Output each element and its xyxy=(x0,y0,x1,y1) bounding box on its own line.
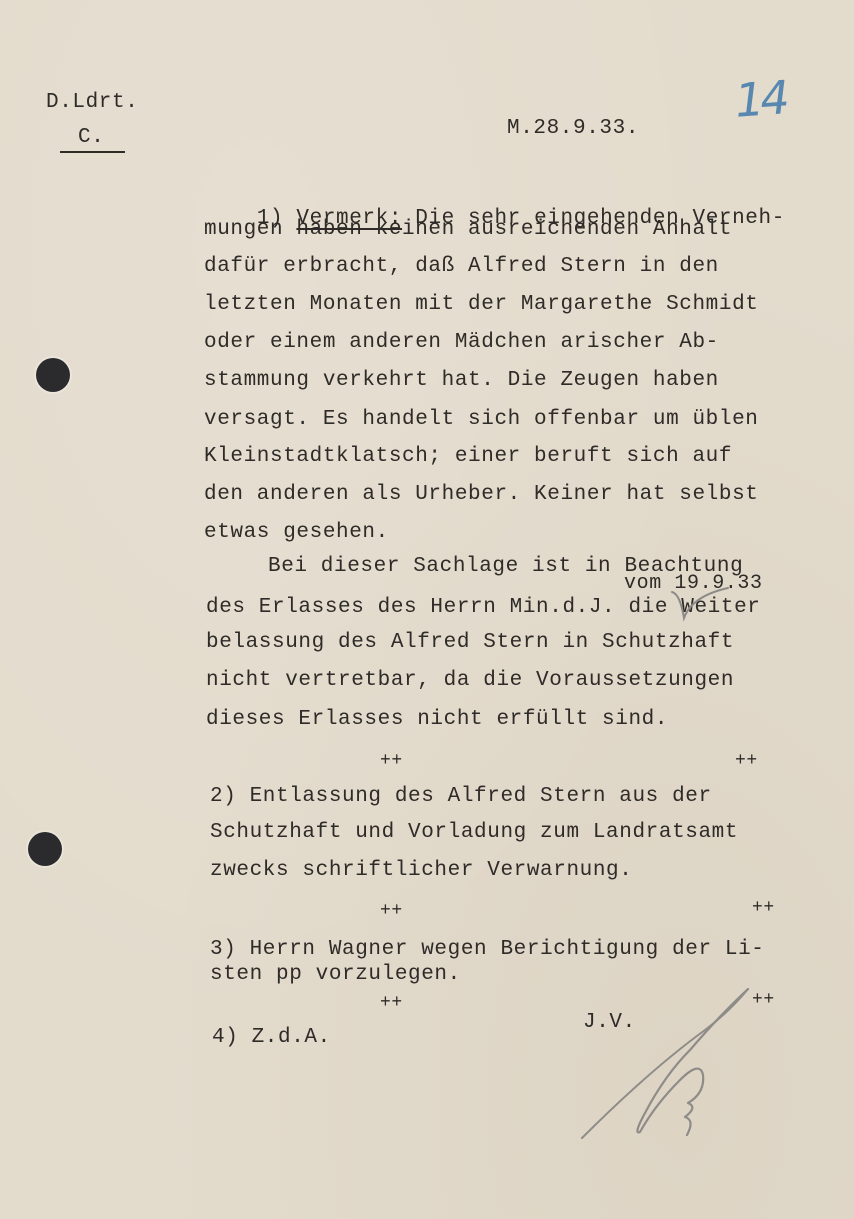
folio-number-handwritten: 14 xyxy=(733,70,787,127)
item1-line: mungen haben keinen ausreichenden Anhalt xyxy=(204,219,732,240)
item1-line: stammung verkehrt hat. Die Zeugen haben xyxy=(204,370,719,391)
separator-mark: ++ xyxy=(752,899,775,917)
document-page: D.Ldrt. C. M.28.9.33. 14 1) Vermerk: Die… xyxy=(0,0,854,1219)
item1-line: etwas gesehen. xyxy=(204,522,389,543)
item1-line: versagt. Es handelt sich offenbar um übl… xyxy=(204,409,759,430)
separator-mark: ++ xyxy=(380,994,403,1012)
pencil-signature-icon xyxy=(570,975,770,1145)
item3-line: sten pp vorzulegen. xyxy=(210,964,461,985)
item1-line: den anderen als Urheber. Keiner hat selb… xyxy=(204,484,759,505)
punch-hole-icon xyxy=(28,832,62,866)
document-date: M.28.9.33. xyxy=(507,118,639,139)
item2-line: zwecks schriftlicher Verwarnung. xyxy=(210,860,632,881)
item1-line: oder einem anderen Mädchen arischer Ab- xyxy=(204,332,719,353)
item2-line: 2) Entlassung des Alfred Stern aus der xyxy=(210,786,712,807)
item1-paragraph2-line: dieses Erlasses nicht erfüllt sind. xyxy=(206,709,668,730)
office-sub-underline xyxy=(60,151,125,153)
office-sub: C. xyxy=(78,127,104,148)
pencil-insertion-mark-icon xyxy=(670,584,730,624)
punch-hole-icon xyxy=(36,358,70,392)
office-abbreviation: D.Ldrt. xyxy=(46,92,138,113)
separator-mark: ++ xyxy=(380,902,403,920)
item1-line: Kleinstadtklatsch; einer beruft sich auf xyxy=(204,446,732,467)
separator-mark: ++ xyxy=(380,752,403,770)
item1-line: dafür erbracht, daß Alfred Stern in den xyxy=(204,256,719,277)
item1-line: letzten Monaten mit der Margarethe Schmi… xyxy=(204,294,759,315)
item2-line: Schutzhaft und Vorladung zum Landratsamt xyxy=(210,822,738,843)
item3-line: 3) Herrn Wagner wegen Berichtigung der L… xyxy=(210,939,765,960)
item1-paragraph2-line: nicht vertretbar, da die Voraussetzungen xyxy=(206,670,734,691)
separator-mark: ++ xyxy=(735,752,758,770)
item1-paragraph2-line: belassung des Alfred Stern in Schutzhaft xyxy=(206,632,734,653)
item4-line: 4) Z.d.A. xyxy=(212,1027,331,1048)
